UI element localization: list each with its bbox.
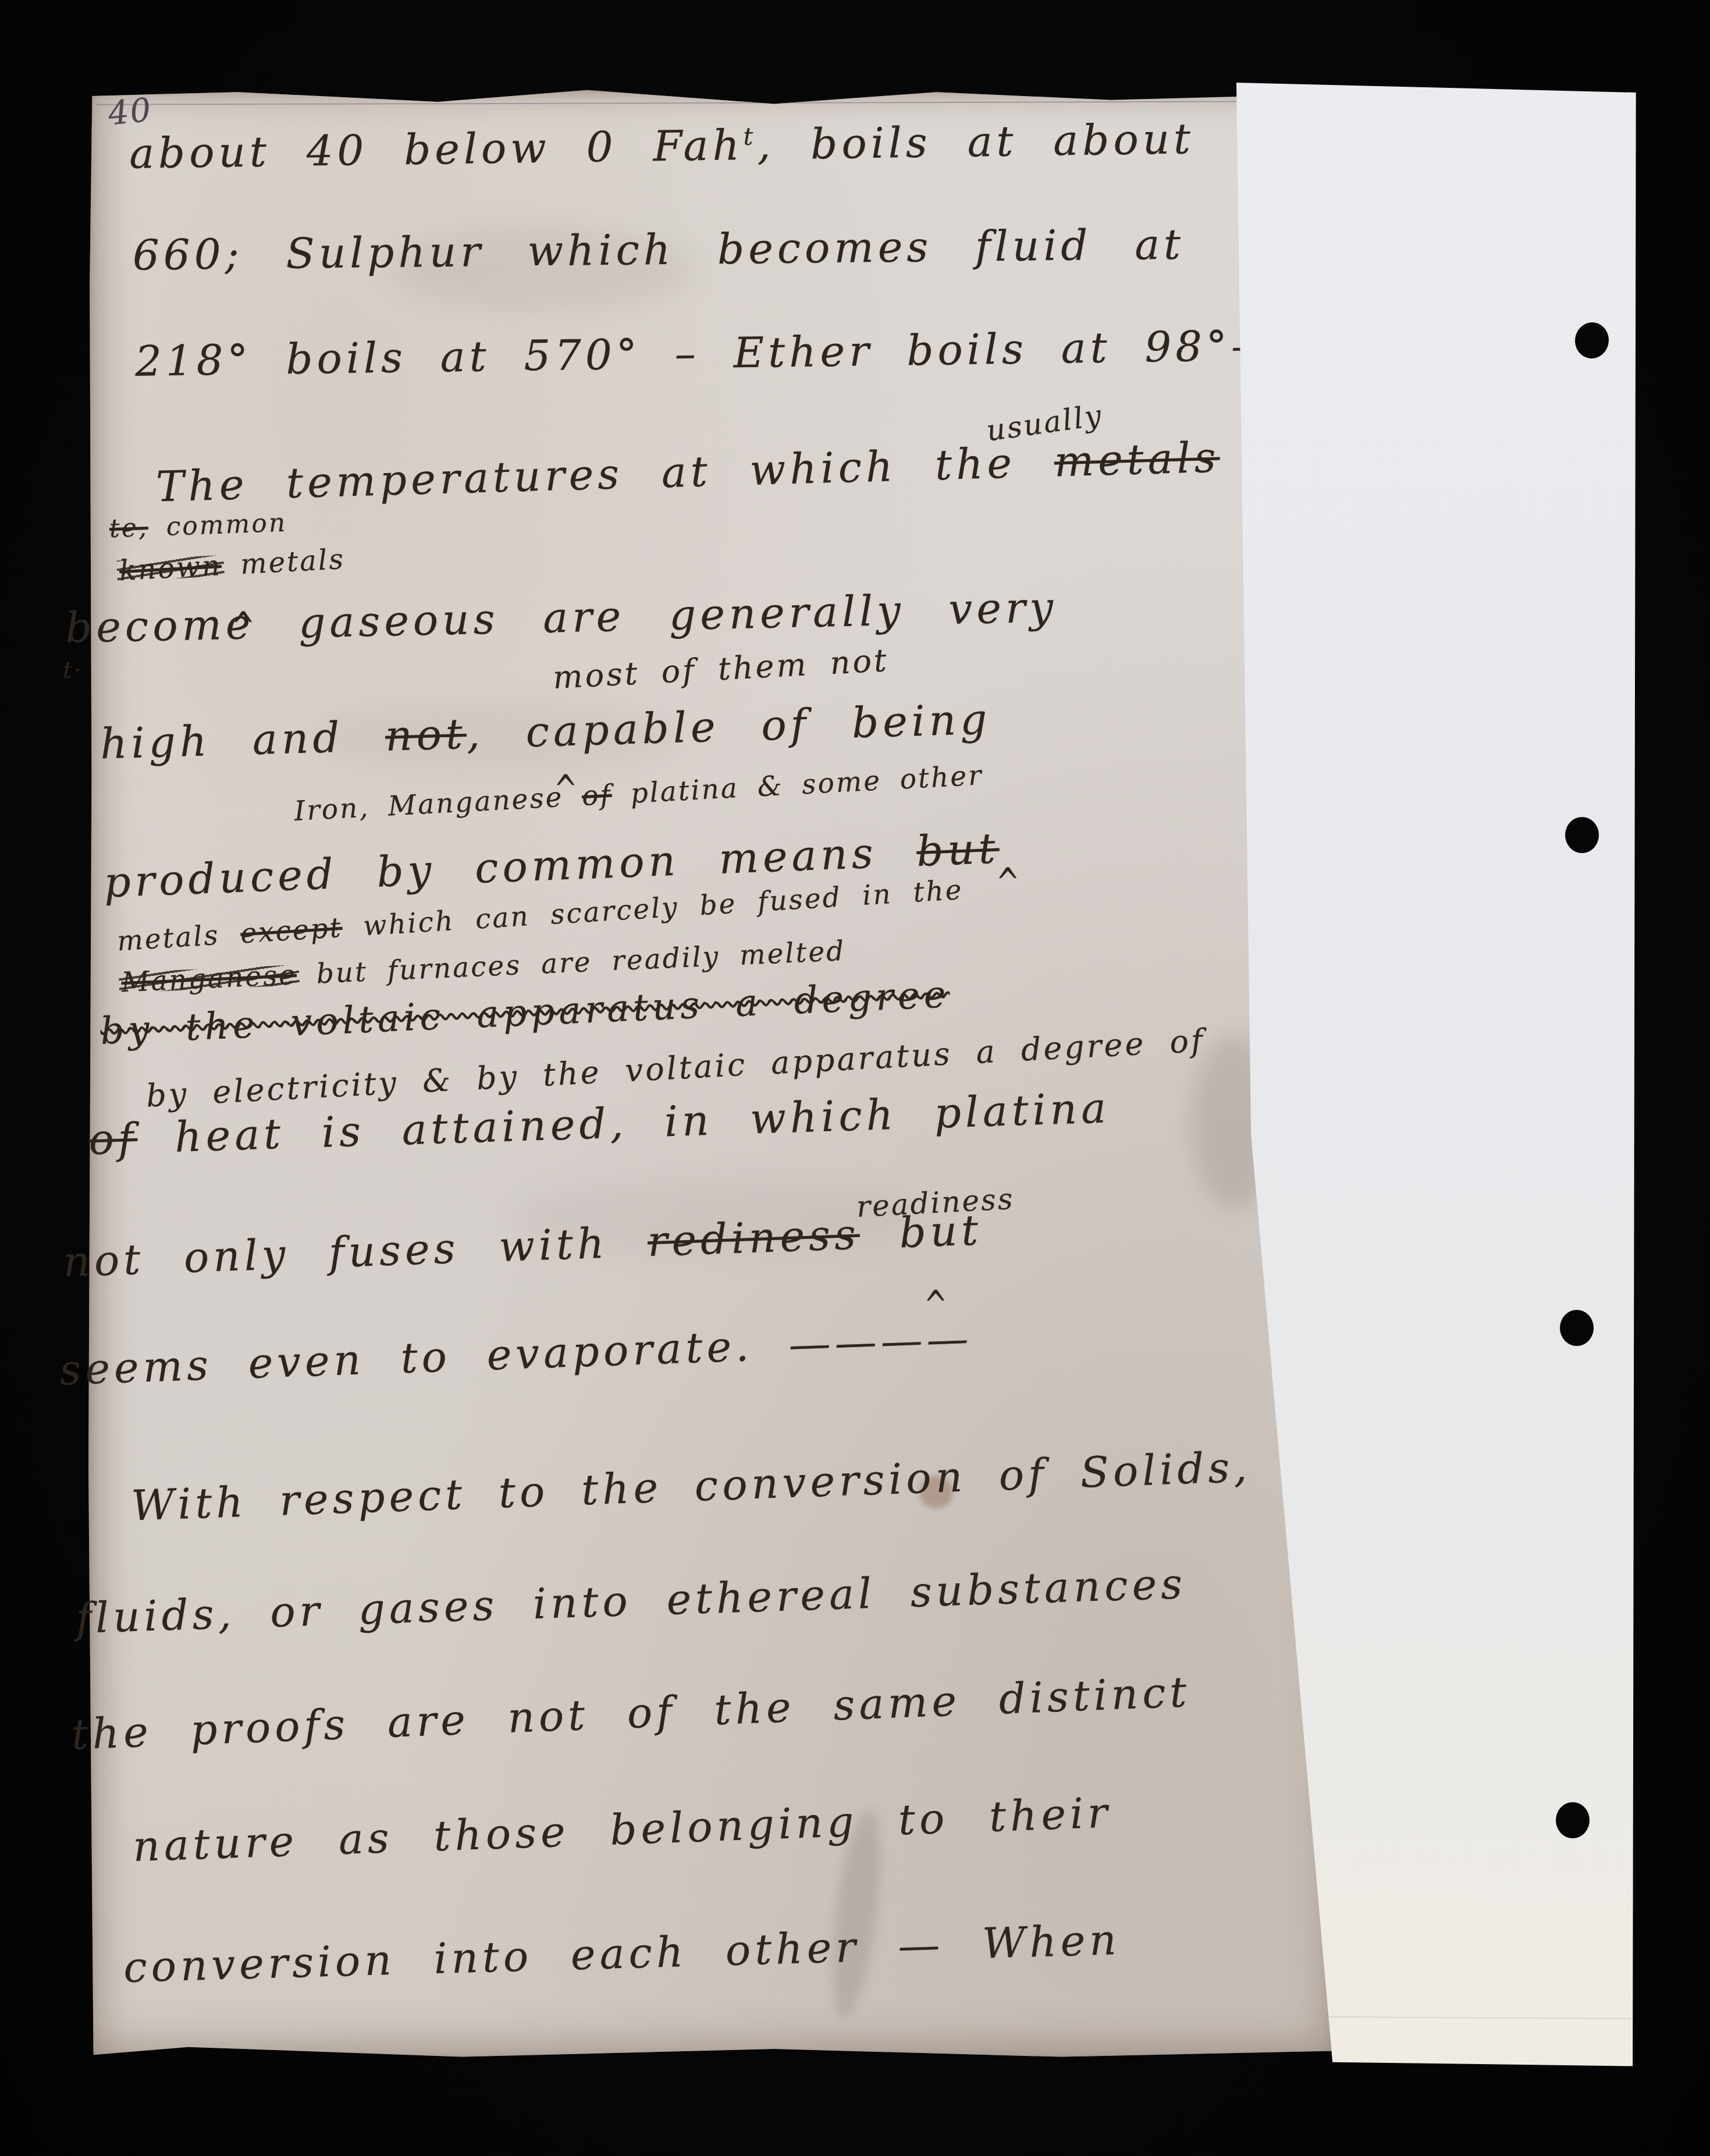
text-segment: t·: [63, 657, 83, 684]
page-top-edge-line: [97, 101, 1313, 105]
punch-hole-3: [1560, 1310, 1594, 1346]
struck-text: not: [385, 709, 467, 761]
text-segment: metals: [221, 543, 346, 582]
text-segment: but: [859, 1205, 983, 1258]
photo-background: 40 about 40 below 0 Faht, boils at about…: [0, 0, 1710, 2156]
text-segment: t: [743, 122, 757, 151]
page-number: 40: [106, 92, 154, 132]
punch-hole-2: [1565, 817, 1599, 853]
struck-text: of: [88, 1114, 138, 1164]
struck-text: metals: [1054, 432, 1221, 486]
text-segment: 40: [106, 91, 154, 133]
punch-hole-4: [1556, 1802, 1590, 1838]
stray-mark: t·: [63, 658, 83, 683]
struck-text: of: [581, 779, 613, 812]
struck-text: known: [119, 549, 223, 587]
text-segment: ^: [996, 861, 1019, 906]
struck-text: but: [916, 823, 1001, 875]
text-segment: about 40 below 0 Fah: [129, 120, 744, 178]
text-segment: , boils at about: [757, 114, 1195, 169]
struck-text: rediness: [646, 1210, 861, 1266]
margin-note: te, common: [109, 509, 287, 544]
struck-text: te,: [109, 513, 148, 544]
struck-text: except: [240, 912, 343, 950]
caret-mark: ^: [996, 862, 1019, 905]
text-segment: common: [148, 508, 287, 542]
text-segment: high and: [99, 712, 386, 769]
text-line: 660; Sulphur which becomes fluid at: [133, 222, 1185, 279]
